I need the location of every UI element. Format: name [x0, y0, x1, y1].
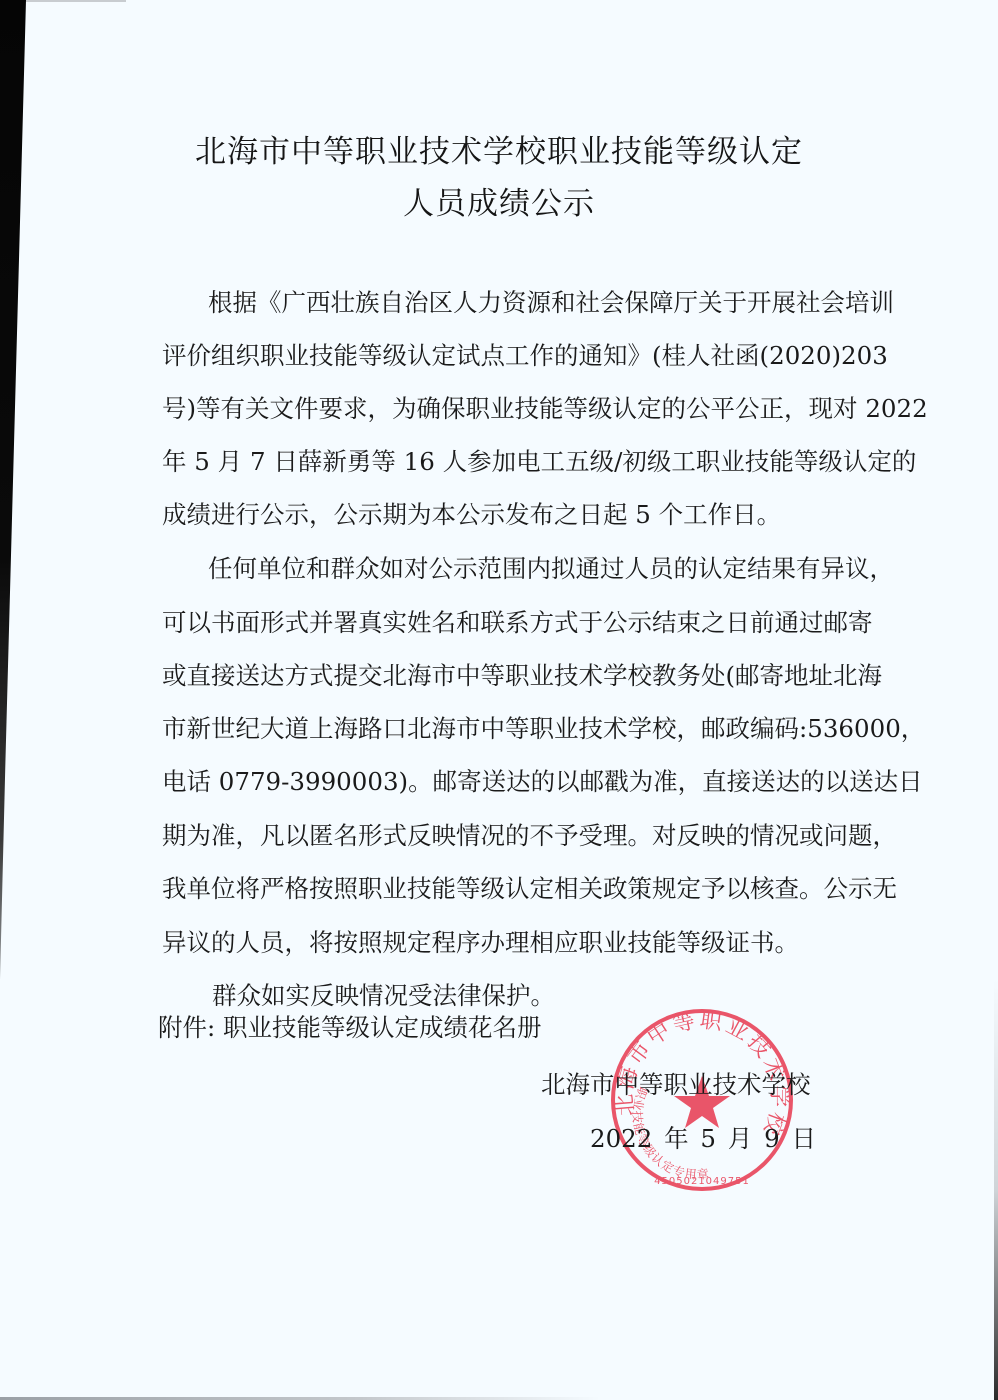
document-title-line2: 人员成绩公示	[0, 178, 998, 223]
paragraph-line: 或直接送达方式提交北海市中等职业技术学校教务处(邮寄地址北海	[162, 661, 856, 691]
signature-date: 2022 年 5 月 9 日	[590, 1120, 816, 1155]
paragraph-line: 市新世纪大道上海路口北海市中等职业技术学校，邮政编码:536000，	[162, 714, 856, 744]
paragraph-line: 期为准，凡以匿名形式反映情况的不予受理。对反映的情况或问题，	[162, 821, 856, 851]
document-title-line1: 北海市中等职业技术学校职业技能等级认定	[0, 126, 998, 171]
paragraph-line: 电话 0779-3990003)。邮寄送达的以邮戳为准，直接送达的以送达日	[162, 767, 856, 797]
paragraph-line: 成绩进行公示，公示期为本公示发布之日起 5 个工作日。	[162, 500, 856, 530]
paragraph-line: 评价组织职业技能等级认定试点工作的通知》(桂人社函(2020)203	[162, 341, 856, 371]
paragraph-line: 异议的人员，将按照规定程序办理相应职业技能等级证书。	[162, 928, 856, 958]
svg-text:4505021049751: 4505021049751	[654, 1176, 750, 1187]
paragraph-line: 年 5 月 7 日薛新勇等 16 人参加电工五级/初级工职业技能等级认定的	[162, 447, 856, 477]
paragraph-line: 根据《广西壮族自治区人力资源和社会保障厅关于开展社会培训	[208, 288, 856, 318]
signature-organization: 北海市中等职业技术学校	[541, 1066, 811, 1101]
paragraph-line: 可以书面形式并署真实姓名和联系方式于公示结束之日前通过邮寄	[162, 608, 856, 638]
paragraph-line: 我单位将严格按照职业技能等级认定相关政策规定予以核查。公示无	[162, 874, 856, 904]
paragraph-line: 任何单位和群众如对公示范围内拟通过人员的认定结果有异议，	[208, 554, 856, 584]
paragraph-line: 号)等有关文件要求，为确保职业技能等级认定的公平公正，现对 2022	[162, 394, 856, 424]
scan-edge-top	[26, 0, 126, 2]
